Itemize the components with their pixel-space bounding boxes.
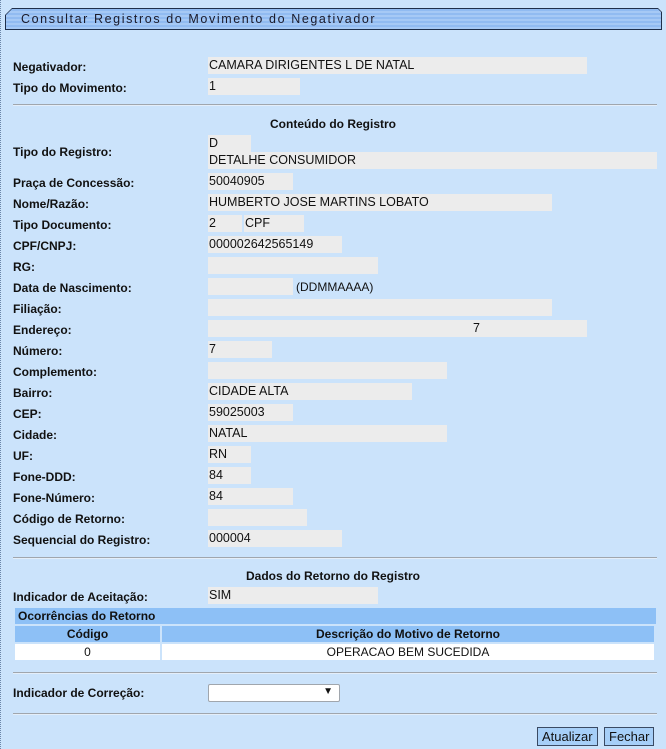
complemento-label: Complemento: xyxy=(13,365,97,379)
praca-concessao-label: Praça de Concessão: xyxy=(13,176,134,190)
divider xyxy=(13,104,657,106)
complemento-value xyxy=(208,362,447,379)
endereco-number: 7 xyxy=(472,320,480,337)
fone-numero-label: Fone-Número: xyxy=(13,491,95,505)
fone-ddd-label: Fone-DDD: xyxy=(13,470,76,484)
field-cpf-cnpj: CPF/CNPJ: 000002642565149 xyxy=(0,236,666,256)
field-data-nascimento: Data de Nascimento: (DDMMAAAA) xyxy=(0,278,666,298)
numero-value: 7 xyxy=(208,341,272,358)
indicador-aceitacao-value: SIM xyxy=(208,587,378,604)
uf-value: RN xyxy=(208,446,251,463)
cidade-label: Cidade: xyxy=(13,428,57,442)
indicador-correcao-select[interactable]: ▼ xyxy=(208,684,340,702)
uf-label: UF: xyxy=(13,449,33,463)
fone-ddd-value: 84 xyxy=(208,467,251,484)
negativador-value: CAMARA DIRIGENTES L DE NATAL xyxy=(208,57,587,74)
numero-label: Número: xyxy=(13,344,62,358)
table-header-row: Código Descrição do Motivo de Retorno xyxy=(15,624,654,642)
filiacao-label: Filiação: xyxy=(13,302,62,316)
tipo-movimento-value: 1 xyxy=(208,78,300,95)
field-rg: RG: xyxy=(0,257,666,277)
tipo-documento-description: CPF xyxy=(244,215,304,232)
column-header-descricao: Descrição do Motivo de Retorno xyxy=(162,624,654,642)
bairro-value: CIDADE ALTA xyxy=(208,383,412,400)
field-bairro: Bairro: CIDADE ALTA xyxy=(0,383,666,403)
filiacao-value xyxy=(208,299,552,316)
field-filiacao: Filiação: xyxy=(0,299,666,319)
ocorrencias-table: Código Descrição do Motivo de Retorno 0 … xyxy=(13,624,656,660)
fechar-button[interactable]: Fechar xyxy=(604,727,654,746)
section-title-conteudo: Conteúdo do Registro xyxy=(0,117,666,131)
field-complemento: Complemento: xyxy=(0,362,666,382)
bairro-label: Bairro: xyxy=(13,386,52,400)
sequencial-label: Sequencial do Registro: xyxy=(13,533,150,547)
field-tipo-movimento: Tipo do Movimento: 1 xyxy=(0,78,666,98)
endereco-value: AVENIDA RIO BRANCO 7 xyxy=(208,320,587,337)
tipo-documento-label: Tipo Documento: xyxy=(13,218,111,232)
indicador-aceitacao-label: Indicador de Aceitação: xyxy=(13,590,148,604)
field-fone-numero: Fone-Número: 84 xyxy=(0,488,666,508)
field-nome-razao: Nome/Razão: HUMBERTO JOSE MARTINS LOBATO xyxy=(0,194,666,214)
codigo-retorno-label: Código de Retorno: xyxy=(13,512,125,526)
field-uf: UF: RN xyxy=(0,446,666,466)
field-fone-ddd: Fone-DDD: 84 xyxy=(0,467,666,487)
cep-label: CEP: xyxy=(13,407,42,421)
data-nascimento-label: Data de Nascimento: xyxy=(13,281,132,295)
date-format-hint: (DDMMAAAA) xyxy=(296,280,373,294)
column-header-codigo: Código xyxy=(15,624,160,642)
cell-descricao: OPERACAO BEM SUCEDIDA xyxy=(162,642,654,660)
divider xyxy=(13,672,657,674)
field-numero: Número: 7 xyxy=(0,341,666,361)
field-codigo-retorno: Código de Retorno: xyxy=(0,509,666,529)
field-tipo-documento: Tipo Documento: 2 CPF xyxy=(0,215,666,235)
tipo-registro-description: DETALHE CONSUMIDOR xyxy=(208,152,657,169)
indicador-correcao-label: Indicador de Correção: xyxy=(13,686,144,700)
cep-value: 59025003 xyxy=(208,404,293,421)
cidade-value: NATAL xyxy=(208,425,447,442)
section-title-retorno: Dados do Retorno do Registro xyxy=(0,569,666,583)
cpf-cnpj-label: CPF/CNPJ: xyxy=(13,239,76,253)
field-endereco: Endereço: AVENIDA RIO BRANCO 7 xyxy=(0,320,666,340)
atualizar-button[interactable]: Atualizar xyxy=(537,727,598,746)
ocorrencias-panel: Ocorrências do Retorno Código Descrição … xyxy=(15,608,656,660)
divider xyxy=(13,557,657,559)
negativador-label: Negativador: xyxy=(13,60,86,74)
tipo-documento-code: 2 xyxy=(208,215,242,232)
tipo-movimento-label: Tipo do Movimento: xyxy=(13,81,127,95)
nome-razao-value: HUMBERTO JOSE MARTINS LOBATO xyxy=(208,194,552,211)
nome-razao-label: Nome/Razão: xyxy=(13,197,89,211)
dropdown-arrow-icon[interactable]: ▼ xyxy=(323,686,333,697)
rg-label: RG: xyxy=(13,260,35,274)
sequencial-value: 000004 xyxy=(208,530,342,547)
field-praca-concessao: Praça de Concessão: 50040905 xyxy=(0,173,666,193)
ocorrencias-title: Ocorrências do Retorno xyxy=(15,608,656,624)
field-sequencial: Sequencial do Registro: 000004 xyxy=(0,530,666,550)
field-indicador-aceitacao: Indicador de Aceitação: SIM xyxy=(0,587,666,607)
field-cidade: Cidade: NATAL xyxy=(0,425,666,445)
endereco-label: Endereço: xyxy=(13,323,72,337)
table-row: 0 OPERACAO BEM SUCEDIDA xyxy=(15,642,654,660)
field-tipo-registro: Tipo do Registro: D DETALHE CONSUMIDOR xyxy=(0,135,666,171)
codigo-retorno-value xyxy=(208,509,307,526)
page-title: Consultar Registros do Movimento do Nega… xyxy=(21,12,376,26)
divider xyxy=(13,713,657,715)
cell-codigo: 0 xyxy=(15,642,160,660)
fone-numero-value: 84 xyxy=(208,488,293,505)
field-cep: CEP: 59025003 xyxy=(0,404,666,424)
rg-value xyxy=(208,257,378,274)
tipo-registro-label: Tipo do Registro: xyxy=(13,145,112,159)
data-nascimento-value xyxy=(208,278,293,295)
tipo-registro-code: D xyxy=(208,135,251,152)
field-negativador: Negativador: CAMARA DIRIGENTES L DE NATA… xyxy=(0,57,666,77)
praca-concessao-value: 50040905 xyxy=(208,173,293,190)
cpf-cnpj-value: 000002642565149 xyxy=(208,236,342,253)
